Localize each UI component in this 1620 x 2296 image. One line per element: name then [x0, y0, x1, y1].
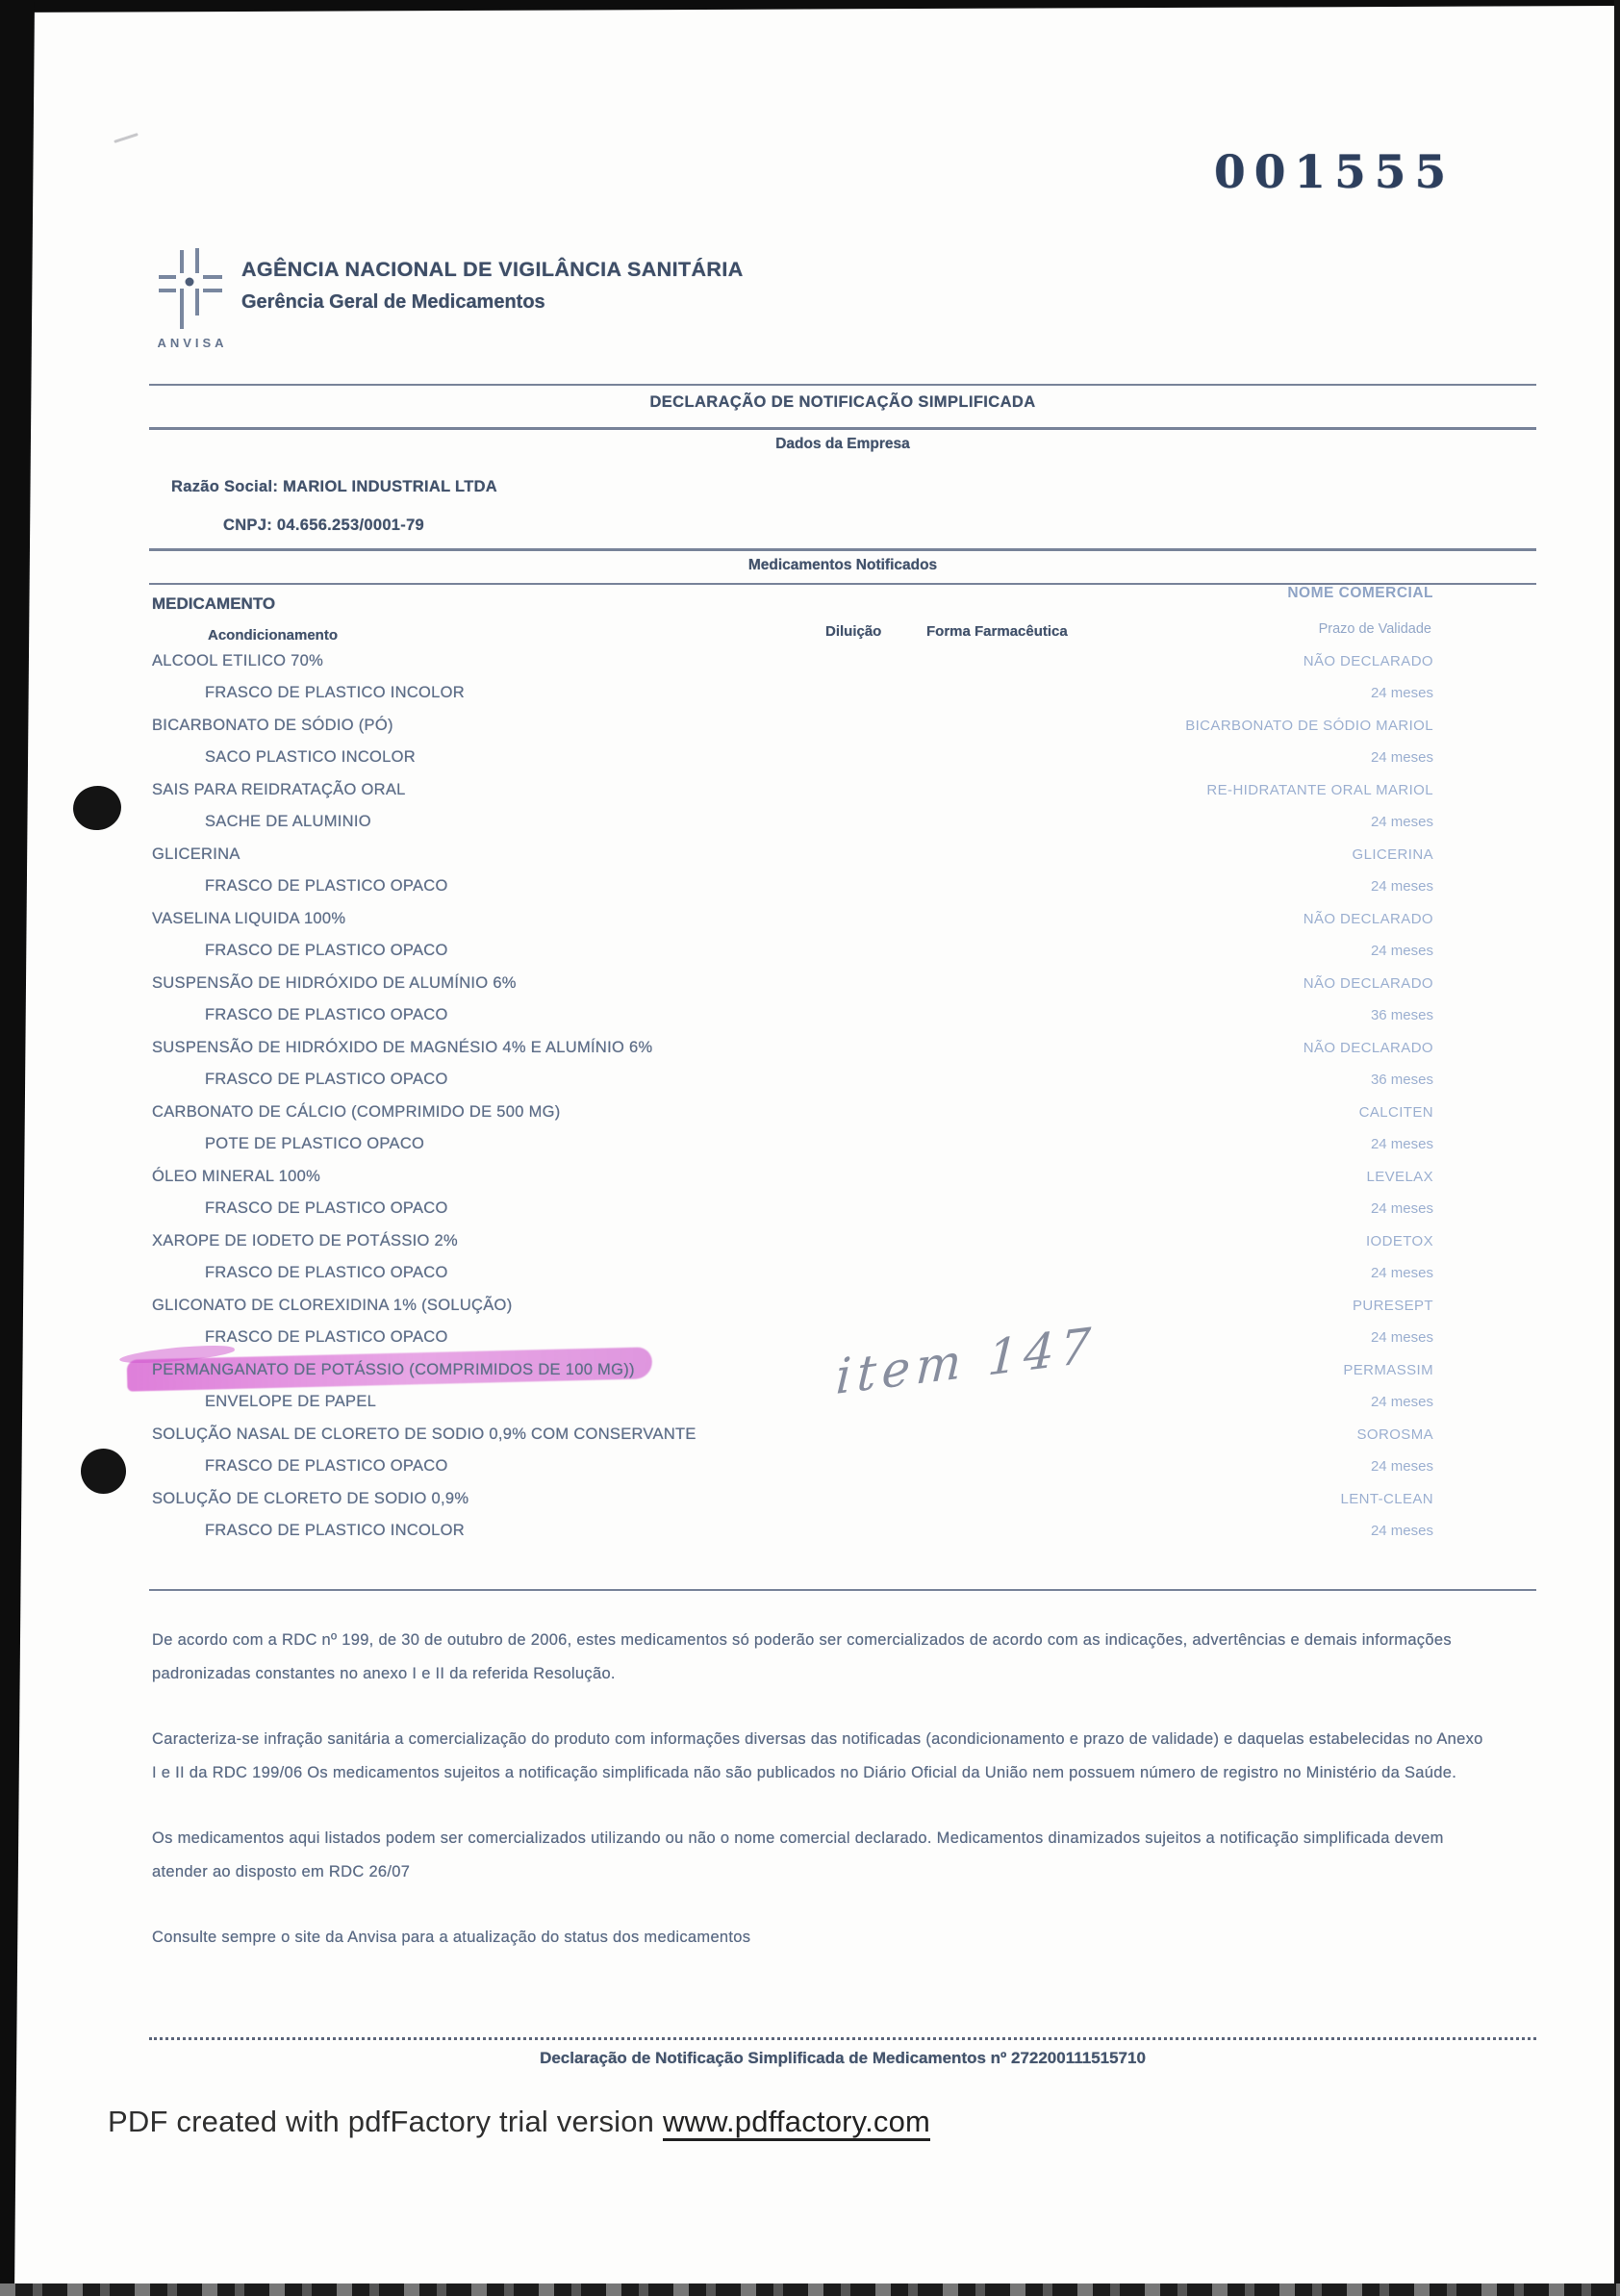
- divider: [149, 384, 1536, 386]
- commercial-name: IODETOX: [1366, 1233, 1433, 1249]
- validity: 24 meses: [1371, 1265, 1433, 1281]
- legal-paragraph: Consulte sempre o site da Anvisa para a …: [152, 1921, 1489, 1955]
- validity: 24 meses: [1371, 878, 1433, 895]
- packaging: ENVELOPE DE PAPEL: [205, 1393, 376, 1411]
- medication-row: PERMANGANATO DE POTÁSSIO (COMPRIMIDOS DE…: [152, 1361, 1433, 1426]
- packaging: FRASCO DE PLASTICO OPACO: [205, 1071, 448, 1089]
- column-header-prazo-validade: Prazo de Validade: [1319, 621, 1431, 637]
- commercial-name: CALCITEN: [1359, 1104, 1433, 1121]
- packaging: SACO PLASTICO INCOLOR: [205, 748, 416, 767]
- pdf-factory-link[interactable]: www.pdffactory.com: [663, 2105, 930, 2141]
- validity: 24 meses: [1371, 1200, 1433, 1217]
- medication-name: ÓLEO MINERAL 100%: [152, 1168, 320, 1186]
- packaging: FRASCO DE PLASTICO INCOLOR: [205, 1522, 465, 1540]
- medication-name: ALCOOL ETILICO 70%: [152, 652, 323, 670]
- pdf-factory-note: PDF created with pdfFactory trial versio…: [108, 2105, 930, 2139]
- validity: 24 meses: [1371, 749, 1433, 766]
- medication-row: SOLUÇÃO NASAL DE CLORETO DE SODIO 0,9% C…: [152, 1426, 1433, 1490]
- agency-name: AGÊNCIA NACIONAL DE VIGILÂNCIA SANITÁRIA: [241, 258, 744, 282]
- legal-paragraph: Caracteriza-se infração sanitária a come…: [152, 1723, 1489, 1790]
- medication-name: GLICERINA: [152, 845, 240, 864]
- validity: 24 meses: [1371, 943, 1433, 959]
- medication-name: SOLUÇÃO NASAL DE CLORETO DE SODIO 0,9% C…: [152, 1426, 696, 1444]
- declaration-number: Declaração de Notificação Simplificada d…: [149, 2049, 1536, 2068]
- dotted-divider: [149, 2037, 1536, 2040]
- commercial-name: NÃO DECLARADO: [1304, 653, 1433, 669]
- packaging: SACHE DE ALUMINIO: [205, 813, 371, 831]
- company-razao-social: Razão Social: MARIOL INDUSTRIAL LTDA: [171, 478, 497, 496]
- medication-name: GLICONATO DE CLOREXIDINA 1% (SOLUÇÃO): [152, 1297, 513, 1315]
- razao-social-label: Razão Social:: [171, 478, 278, 495]
- packaging: FRASCO DE PLASTICO OPACO: [205, 1199, 448, 1218]
- legal-paragraph: De acordo com a RDC nº 199, de 30 de out…: [152, 1624, 1489, 1691]
- medication-row: GLICERINA GLICERINA FRASCO DE PLASTICO O…: [152, 845, 1433, 910]
- legal-paragraphs: De acordo com a RDC nº 199, de 30 de out…: [152, 1624, 1489, 1986]
- medication-row: SUSPENSÃO DE HIDRÓXIDO DE MAGNÉSIO 4% E …: [152, 1039, 1433, 1103]
- divider: [149, 548, 1536, 551]
- validity: 36 meses: [1371, 1072, 1433, 1088]
- medication-name: BICARBONATO DE SÓDIO (PÓ): [152, 717, 393, 735]
- cnpj-label: CNPJ:: [223, 517, 272, 534]
- validity: 24 meses: [1371, 1136, 1433, 1152]
- commercial-name: RE-HIDRATANTE ORAL MARIOL: [1206, 782, 1433, 798]
- commercial-name: PURESEPT: [1353, 1298, 1433, 1314]
- validity: 24 meses: [1371, 1458, 1433, 1475]
- validity: 24 meses: [1371, 685, 1433, 701]
- medications-table: ALCOOL ETILICO 70% NÃO DECLARADO FRASCO …: [152, 652, 1433, 1554]
- medication-row: GLICONATO DE CLOREXIDINA 1% (SOLUÇÃO) PU…: [152, 1297, 1433, 1361]
- anvisa-logo-caption: ANVISA: [154, 336, 231, 350]
- hole-punch: [70, 783, 124, 834]
- divider: [149, 427, 1536, 430]
- pencil-mark: [114, 133, 139, 143]
- medication-row: SAIS PARA REIDRATAÇÃO ORAL RE-HIDRATANTE…: [152, 781, 1433, 845]
- medication-row: ALCOOL ETILICO 70% NÃO DECLARADO FRASCO …: [152, 652, 1433, 717]
- company-section-title: Dados da Empresa: [149, 436, 1536, 453]
- medication-row: VASELINA LIQUIDA 100% NÃO DECLARADO FRAS…: [152, 910, 1433, 974]
- commercial-name: NÃO DECLARADO: [1304, 911, 1433, 927]
- scan-edge-top: [0, 0, 1620, 13]
- medication-name: PERMANGANATO DE POTÁSSIO (COMPRIMIDOS DE…: [152, 1361, 635, 1379]
- commercial-name: LEVELAX: [1366, 1169, 1433, 1185]
- commercial-name: SOROSMA: [1357, 1426, 1433, 1443]
- scanned-document-page: 001555 ANVISA AGÊNCIA NACIONAL DE VIGILÂ…: [0, 0, 1620, 2296]
- medication-name: SOLUÇÃO DE CLORETO DE SODIO 0,9%: [152, 1490, 468, 1508]
- cnpj-value: 04.656.253/0001-79: [277, 517, 424, 534]
- medication-name: SAIS PARA REIDRATAÇÃO ORAL: [152, 781, 406, 799]
- packaging: FRASCO DE PLASTICO OPACO: [205, 942, 448, 960]
- packaging: FRASCO DE PLASTICO OPACO: [205, 877, 448, 896]
- packaging: FRASCO DE PLASTICO OPACO: [205, 1457, 448, 1476]
- column-header-nome-comercial: NOME COMERCIAL: [1287, 585, 1433, 602]
- commercial-name: PERMASSIM: [1343, 1362, 1433, 1378]
- packaging: FRASCO DE PLASTICO OPACO: [205, 1264, 448, 1282]
- scan-edge-right: [1614, 0, 1620, 2296]
- medication-row: ÓLEO MINERAL 100% LEVELAX FRASCO DE PLAS…: [152, 1168, 1433, 1232]
- legal-paragraph: Os medicamentos aqui listados podem ser …: [152, 1822, 1489, 1889]
- column-header-diluicao: Diluição: [825, 623, 881, 640]
- validity: 24 meses: [1371, 814, 1433, 830]
- medication-row: SOLUÇÃO DE CLORETO DE SODIO 0,9% LENT-CL…: [152, 1490, 1433, 1554]
- pdf-note-text: PDF created with pdfFactory trial versio…: [108, 2105, 663, 2138]
- hole-punch: [81, 1449, 126, 1494]
- medication-name: SUSPENSÃO DE HIDRÓXIDO DE ALUMÍNIO 6%: [152, 974, 517, 993]
- commercial-name: NÃO DECLARADO: [1304, 975, 1433, 992]
- medication-row: SUSPENSÃO DE HIDRÓXIDO DE ALUMÍNIO 6% NÃ…: [152, 974, 1433, 1039]
- medications-section-title: Medicamentos Notificados: [149, 557, 1536, 574]
- medications-table-header: MEDICAMENTO NOME COMERCIAL Acondicioname…: [152, 585, 1433, 648]
- medication-name: XAROPE DE IODETO DE POTÁSSIO 2%: [152, 1232, 458, 1250]
- razao-social-value: MARIOL INDUSTRIAL LTDA: [283, 478, 497, 495]
- medication-row: BICARBONATO DE SÓDIO (PÓ) BICARBONATO DE…: [152, 717, 1433, 781]
- divider: [149, 1589, 1536, 1591]
- validity: 24 meses: [1371, 1394, 1433, 1410]
- validity: 24 meses: [1371, 1523, 1433, 1539]
- company-cnpj: CNPJ: 04.656.253/0001-79: [223, 517, 424, 535]
- document-title: DECLARAÇÃO DE NOTIFICAÇÃO SIMPLIFICADA: [149, 393, 1536, 412]
- validity: 24 meses: [1371, 1329, 1433, 1346]
- medication-row: CARBONATO DE CÁLCIO (COMPRIMIDO DE 500 M…: [152, 1103, 1433, 1168]
- page-stamp-number: 001555: [1214, 146, 1455, 199]
- packaging: FRASCO DE PLASTICO OPACO: [205, 1006, 448, 1024]
- packaging: FRASCO DE PLASTICO OPACO: [205, 1328, 448, 1347]
- commercial-name: GLICERINA: [1353, 846, 1433, 863]
- packaging: FRASCO DE PLASTICO INCOLOR: [205, 684, 465, 702]
- packaging: POTE DE PLASTICO OPACO: [205, 1135, 424, 1153]
- column-header-medicamento: MEDICAMENTO: [152, 594, 275, 614]
- scan-edge-left: [0, 0, 37, 2296]
- medication-name: VASELINA LIQUIDA 100%: [152, 910, 345, 928]
- column-header-acondicionamento: Acondicionamento: [208, 627, 338, 643]
- scan-edge-bottom: [0, 2283, 1620, 2296]
- validity: 36 meses: [1371, 1007, 1433, 1023]
- column-header-forma-farmaceutica: Forma Farmacêutica: [926, 623, 1068, 640]
- commercial-name: NÃO DECLARADO: [1304, 1040, 1433, 1056]
- department-name: Gerência Geral de Medicamentos: [241, 291, 545, 314]
- medication-row: XAROPE DE IODETO DE POTÁSSIO 2% IODETOX …: [152, 1232, 1433, 1297]
- medication-name: SUSPENSÃO DE HIDRÓXIDO DE MAGNÉSIO 4% E …: [152, 1039, 653, 1057]
- commercial-name: BICARBONATO DE SÓDIO MARIOL: [1185, 718, 1433, 734]
- medication-name: CARBONATO DE CÁLCIO (COMPRIMIDO DE 500 M…: [152, 1103, 561, 1122]
- anvisa-logo-icon: [157, 248, 224, 348]
- commercial-name: LENT-CLEAN: [1340, 1491, 1433, 1507]
